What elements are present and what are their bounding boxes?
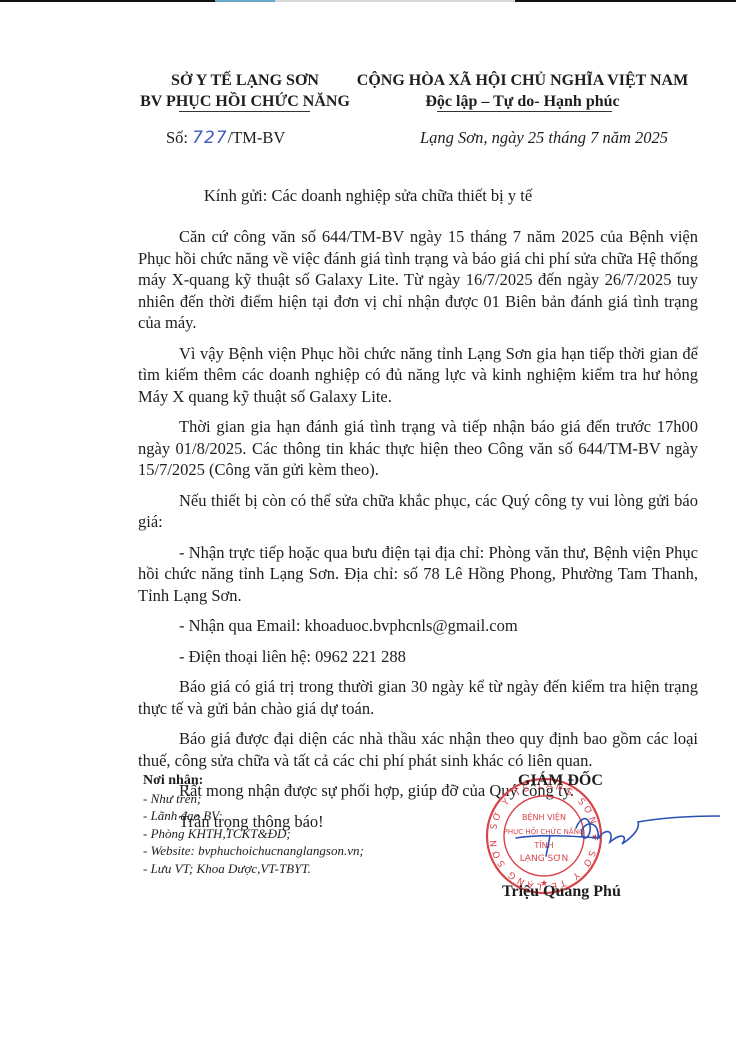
motto-underline (437, 111, 612, 112)
distribution-item: - Như trên; (143, 790, 364, 808)
agency-name: BV PHỤC HỒI CHỨC NĂNG (130, 91, 360, 112)
recipient-line: Kính gửi: Các doanh nghiệp sửa chữa thiế… (0, 186, 736, 206)
top-edge-segment (275, 0, 515, 2)
distribution-item: - Lãnh đạo BV; (143, 807, 364, 825)
distribution-item: - Lưu VT; Khoa Dược,VT-TBYT. (143, 860, 364, 878)
document-date: Lạng Sơn, ngày 25 tháng 7 năm 2025 (420, 128, 668, 148)
signature-block: SỞ Y TẾ LẠNG SƠN ★ SỞ Y TẾ LẠNG SƠN BỆNH… (470, 770, 730, 920)
distribution-list: Nơi nhận: - Như trên; - Lãnh đạo BV; - P… (143, 772, 364, 877)
handwritten-signature-icon (510, 808, 720, 858)
document-number-suffix: /TM-BV (228, 128, 286, 147)
issuing-agency: SỞ Y TẾ LẠNG SƠN BV PHỤC HỒI CHỨC NĂNG (130, 70, 360, 112)
top-edge-bar (0, 0, 736, 2)
motto: Độc lập – Tự do- Hạnh phúc (350, 91, 695, 112)
distribution-item: - Phòng KHTH,TCKT&ĐD; (143, 825, 364, 843)
body-paragraph: Thời gian gia hạn đánh giá tình trạng và… (138, 416, 698, 481)
distribution-item: - Website: bvphuchoichucnanglangson.vn; (143, 842, 364, 860)
contact-phone: - Điện thoại liên hệ: 0962 221 288 (138, 646, 698, 668)
body-paragraph: Báo giá được đại diện các nhà thầu xác n… (138, 728, 698, 771)
signer-title: GIÁM ĐỐC (518, 772, 603, 790)
distribution-title: Nơi nhận: (143, 772, 364, 790)
national-motto: CỘNG HÒA XÃ HỘI CHỦ NGHĨA VIỆT NAM Độc l… (350, 70, 695, 112)
top-edge-segment (215, 0, 275, 2)
body-paragraph: Căn cứ công văn số 644/TM-BV ngày 15 thá… (138, 226, 698, 334)
agency-underline (179, 111, 310, 112)
agency-parent: SỞ Y TẾ LẠNG SƠN (130, 70, 360, 91)
signer-name: Triệu Quang Phú (502, 883, 621, 901)
country-name: CỘNG HÒA XÃ HỘI CHỦ NGHĨA VIỆT NAM (350, 70, 695, 91)
delivery-address: - Nhận trực tiếp hoặc qua bưu điện tại đ… (138, 542, 698, 607)
body-paragraph: Nếu thiết bị còn có thể sửa chữa khắc ph… (138, 490, 698, 533)
letter-body: Căn cứ công văn số 644/TM-BV ngày 15 thá… (138, 226, 698, 841)
body-paragraph: Báo giá có giá trị trong thười gian 30 n… (138, 676, 698, 719)
document-number-handwritten: 727 (192, 128, 227, 148)
body-paragraph: Vì vậy Bệnh viện Phục hồi chức năng tỉnh… (138, 343, 698, 408)
document-number: Số: 727/TM-BV (166, 128, 285, 148)
delivery-email: - Nhận qua Email: khoaduoc.bvphcnls@gmai… (138, 615, 698, 637)
document-number-label: Số: (166, 128, 188, 147)
